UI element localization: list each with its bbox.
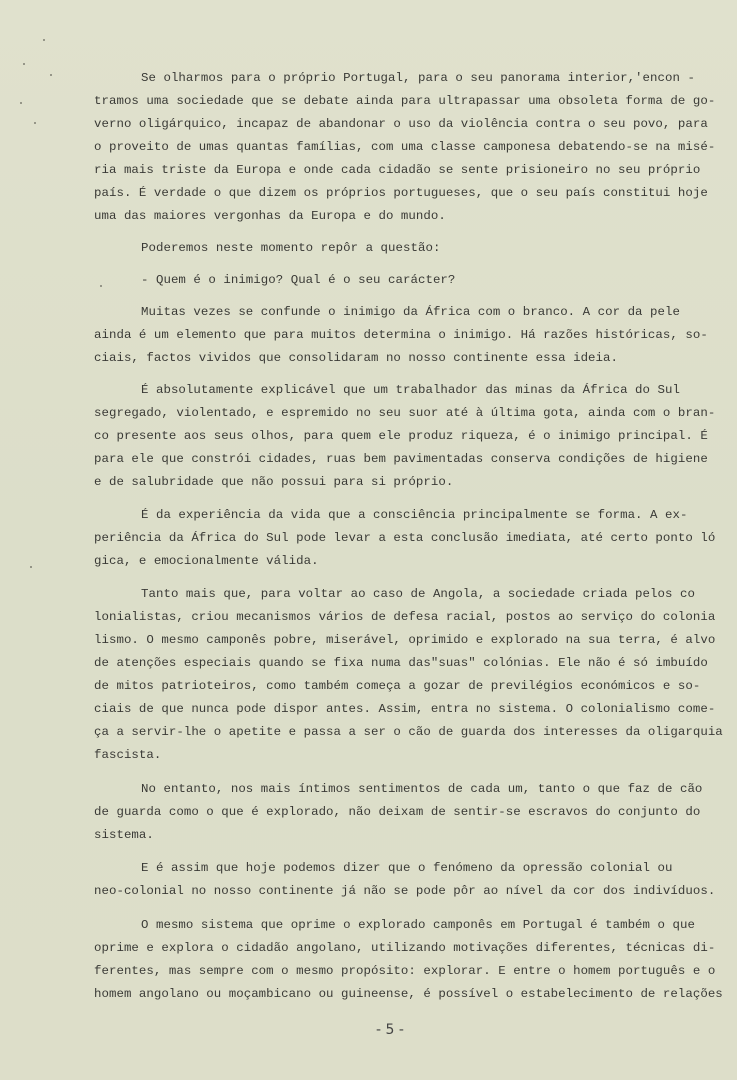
text-line: É absolutamente explicável que um trabal…: [141, 382, 680, 398]
text-line: Poderemos neste momento repôr a questão:: [141, 240, 440, 256]
text-line: É da experiência da vida que a consciênc…: [141, 507, 687, 523]
text-line: ça a servir-lhe o apetite e passa a ser …: [94, 724, 723, 740]
text-line: co presente aos seus olhos, para quem el…: [94, 428, 708, 444]
text-line: ciais de que nunca pode dispor antes. As…: [94, 701, 715, 717]
text-line: segregado, violentado, e espremido no se…: [94, 405, 715, 421]
text-line: de atenções especiais quando se fixa num…: [94, 655, 708, 671]
text-line: e de salubridade que não possui para si …: [94, 474, 453, 490]
text-line: Se olharmos para o próprio Portugal, par…: [141, 70, 695, 86]
text-line: - Quem é o inimigo? Qual é o seu carácte…: [141, 272, 455, 288]
text-line: lonialistas, criou mecanismos vários de …: [94, 609, 715, 625]
text-line: para ele que constrói cidades, ruas bem …: [94, 451, 708, 467]
text-line: Muitas vezes se confunde o inimigo da Áf…: [141, 304, 680, 320]
text-line: gica, e emocionalmente válida.: [94, 553, 319, 569]
text-line: Tanto mais que, para voltar ao caso de A…: [141, 586, 695, 602]
scan-speck: [23, 63, 25, 65]
scan-speck: [43, 39, 45, 41]
scan-speck: [34, 122, 36, 124]
text-line: país. É verdade o que dizem os próprios …: [94, 185, 708, 201]
text-line: neo-colonial no nosso continente já não …: [94, 883, 715, 899]
text-line: sistema.: [94, 827, 154, 843]
page-number: - 5 -: [376, 1022, 404, 1038]
text-line: verno oligárquico, incapaz de abandonar …: [94, 116, 708, 132]
text-line: ainda é um elemento que para muitos dete…: [94, 327, 708, 343]
text-line: de guarda como o que é explorado, não de…: [94, 804, 700, 820]
text-line: fascista.: [94, 747, 161, 763]
text-line: ferentes, mas sempre com o mesmo propósi…: [94, 963, 715, 979]
text-line: ria mais triste da Europa e onde cada ci…: [94, 162, 700, 178]
scan-speck: [30, 566, 32, 568]
text-line: de mitos patrioteiros, como também começ…: [94, 678, 700, 694]
text-line: homem angolano ou moçambicano ou guineen…: [94, 986, 723, 1002]
text-line: uma das maiores vergonhas da Europa e do…: [94, 208, 446, 224]
text-line: tramos uma sociedade que se debate ainda…: [94, 93, 715, 109]
scan-speck: [20, 102, 22, 104]
text-line: E é assim que hoje podemos dizer que o f…: [141, 860, 672, 876]
document-page: Se olharmos para o próprio Portugal, par…: [0, 0, 737, 1080]
scan-speck: [50, 74, 52, 76]
text-line: No entanto, nos mais íntimos sentimentos…: [141, 781, 702, 797]
text-line: O mesmo sistema que oprime o explorado c…: [141, 917, 695, 933]
text-line: periência da África do Sul pode levar a …: [94, 530, 715, 546]
text-line: o proveito de umas quantas famílias, com…: [94, 139, 715, 155]
scan-speck: [100, 285, 102, 287]
text-line: lismo. O mesmo camponês pobre, miserável…: [94, 632, 715, 648]
text-line: ciais, factos vividos que consolidaram n…: [94, 350, 618, 366]
text-line: oprime e explora o cidadão angolano, uti…: [94, 940, 715, 956]
